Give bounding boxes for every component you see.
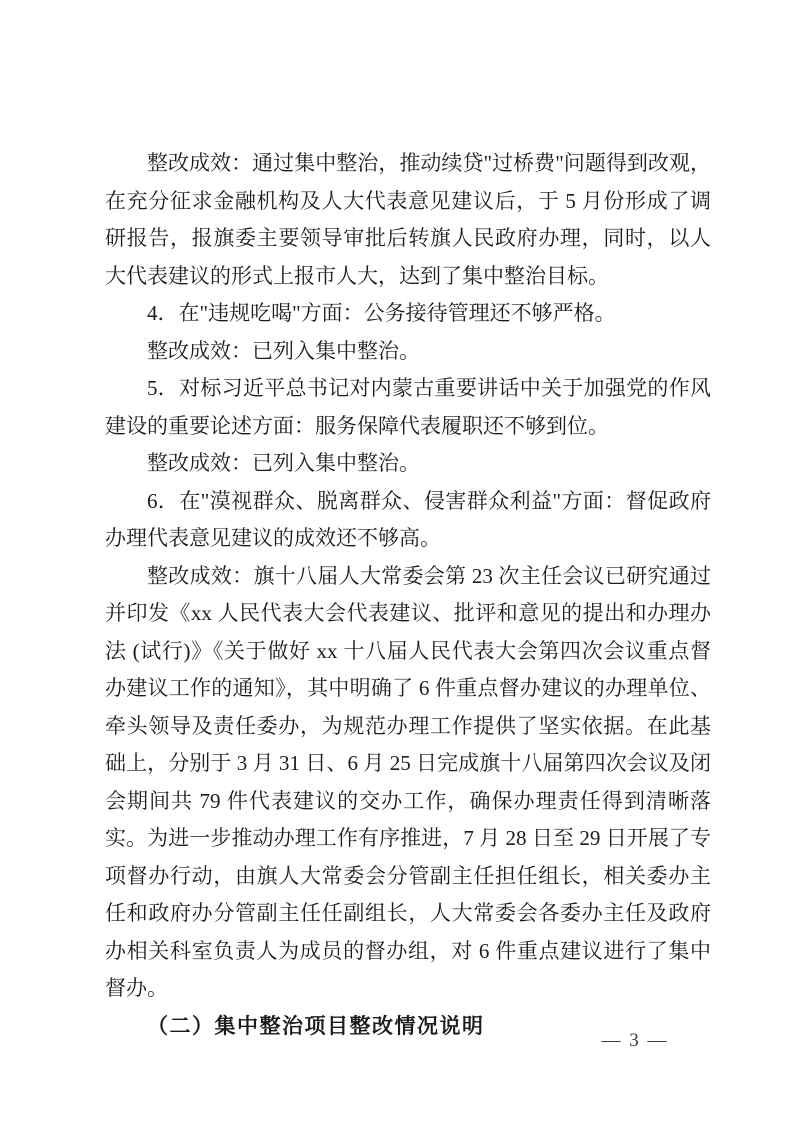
paragraph-item-6-effect: 整改成效：旗十八届人大常委会第 23 次主任会议已研究通过并印发《xx 人民代表… — [105, 558, 711, 1008]
paragraph-rectification-effect-bridge-fee: 整改成效：通过集中整治，推动续贷"过桥费"问题得到改观，在充分征求金融机构及人大… — [105, 145, 711, 295]
paragraph-item-4-effect: 整改成效：已列入集中整治。 — [105, 333, 711, 371]
document-body: 整改成效：通过集中整治，推动续贷"过桥费"问题得到改观，在充分征求金融机构及人大… — [105, 145, 711, 1045]
paragraph-item-4-problem: 4．在"违规吃喝"方面：公务接待管理还不够严格。 — [105, 295, 711, 333]
paragraph-item-6-problem: 6．在"漠视群众、脱离群众、侵害群众利益"方面：督促政府办理代表意见建议的成效还… — [105, 483, 711, 558]
paragraph-item-5-effect: 整改成效：已列入集中整治。 — [105, 445, 711, 483]
paragraph-item-5-problem: 5．对标习近平总书记对内蒙古重要讲话中关于加强党的作风建设的重要论述方面：服务保… — [105, 370, 711, 445]
page-number: — 3 — — [555, 1030, 715, 1052]
